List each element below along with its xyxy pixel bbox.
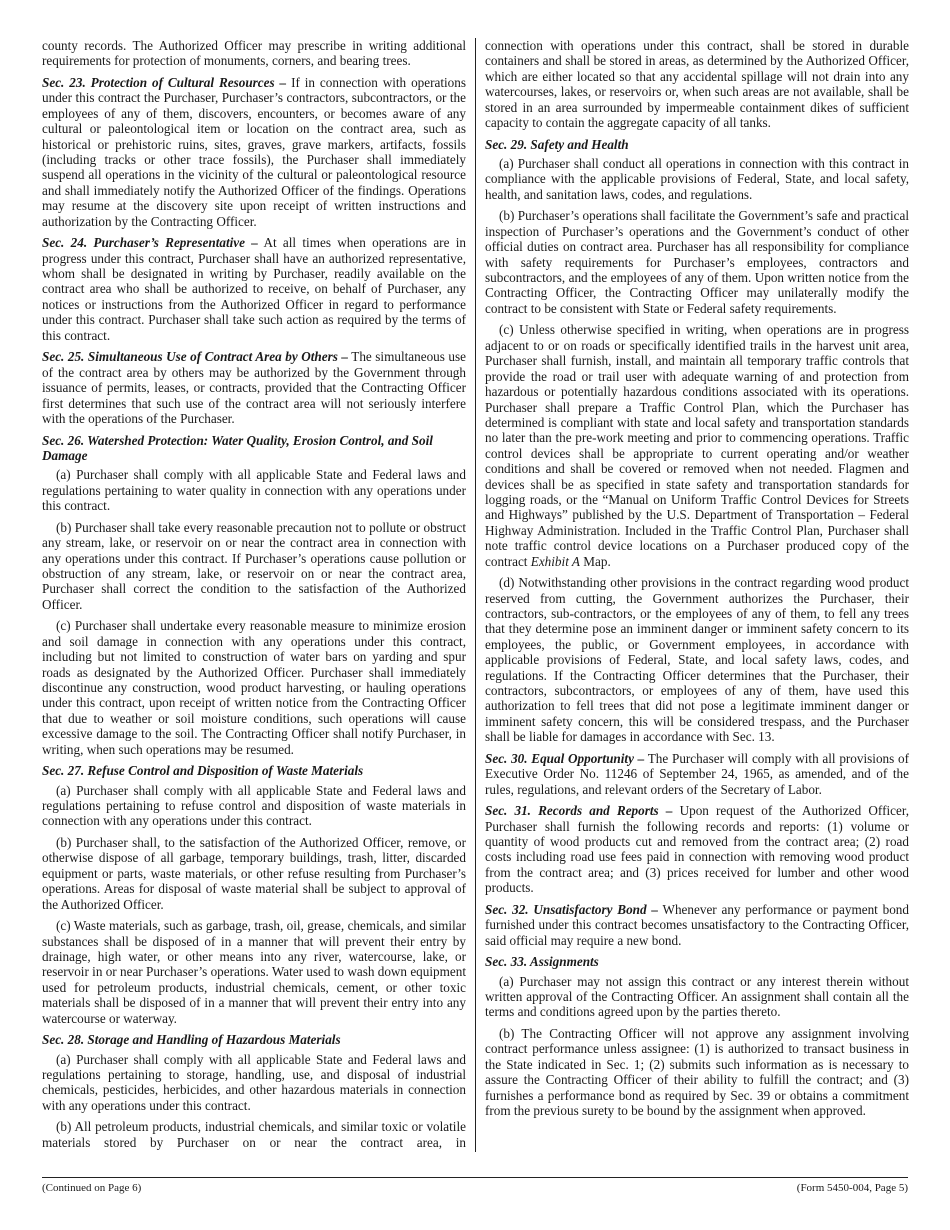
section-23-body: If in connection with operations under t…	[42, 75, 466, 229]
section-28-b-continued: connection with operations under this co…	[485, 38, 909, 130]
section-30-title: Sec. 30. Equal Opportunity –	[485, 751, 644, 766]
exhibit-a-reference: Exhibit A	[531, 554, 580, 569]
document-page: county records. The Authorized Officer m…	[0, 0, 950, 1230]
section-30: Sec. 30. Equal Opportunity – The Purchas…	[485, 751, 909, 797]
section-23-title: Sec. 23. Protection of Cultural Resource…	[42, 75, 286, 90]
section-28-title: Sec. 28. Storage and Handling of Hazardo…	[42, 1032, 466, 1047]
right-column: connection with operations under this co…	[485, 38, 909, 1125]
section-29-b: (b) Purchaser’s operations shall facilit…	[485, 208, 909, 316]
section-27-c: (c) Waste materials, such as garbage, tr…	[42, 918, 466, 1026]
section-28-a: (a) Purchaser shall comply with all appl…	[42, 1052, 466, 1114]
section-29-c: (c) Unless otherwise specified in writin…	[485, 322, 909, 569]
continued-note: (Continued on Page 6)	[42, 1182, 141, 1194]
section-24: Sec. 24. Purchaser’s Representative – At…	[42, 235, 466, 343]
column-divider	[475, 38, 476, 1152]
section-24-title: Sec. 24. Purchaser’s Representative –	[42, 235, 258, 250]
section-27-b: (b) Purchaser shall, to the satisfaction…	[42, 835, 466, 912]
section-29-c-end: Map.	[580, 554, 611, 569]
section-25: Sec. 25. Simultaneous Use of Contract Ar…	[42, 349, 466, 426]
section-28-b: (b) All petroleum products, industrial c…	[42, 1119, 466, 1150]
section-24-body: At all times when operations are in prog…	[42, 235, 466, 342]
section-26-c: (c) Purchaser shall undertake every reas…	[42, 618, 466, 757]
section-26-b: (b) Purchaser shall take every reasonabl…	[42, 520, 466, 612]
section-32-title: Sec. 32. Unsatisfactory Bond –	[485, 902, 658, 917]
section-33-a: (a) Purchaser may not assign this contra…	[485, 974, 909, 1020]
form-page-number: (Form 5450-004, Page 5)	[797, 1182, 908, 1194]
section-27-a: (a) Purchaser shall comply with all appl…	[42, 783, 466, 829]
section-33-title: Sec. 33. Assignments	[485, 954, 909, 969]
footer-rule	[42, 1177, 908, 1178]
left-column: county records. The Authorized Officer m…	[42, 38, 466, 1156]
section-27-title: Sec. 27. Refuse Control and Disposition …	[42, 763, 466, 778]
section-29-title: Sec. 29. Safety and Health	[485, 137, 909, 152]
section-26-a: (a) Purchaser shall comply with all appl…	[42, 467, 466, 513]
section-26-title: Sec. 26. Watershed Protection: Water Qua…	[42, 433, 466, 464]
section-25-title: Sec. 25. Simultaneous Use of Contract Ar…	[42, 349, 348, 364]
section-32: Sec. 32. Unsatisfactory Bond – Whenever …	[485, 902, 909, 948]
section-29-a: (a) Purchaser shall conduct all operatio…	[485, 156, 909, 202]
section-29-d: (d) Notwithstanding other provisions in …	[485, 575, 909, 744]
section-33-b: (b) The Contracting Officer will not app…	[485, 1026, 909, 1118]
section-31-title: Sec. 31. Records and Reports –	[485, 803, 672, 818]
section-29-c-text: (c) Unless otherwise specified in writin…	[485, 322, 909, 568]
section-23: Sec. 23. Protection of Cultural Resource…	[42, 75, 466, 229]
section-31: Sec. 31. Records and Reports – Upon requ…	[485, 803, 909, 895]
continued-paragraph: county records. The Authorized Officer m…	[42, 38, 466, 69]
